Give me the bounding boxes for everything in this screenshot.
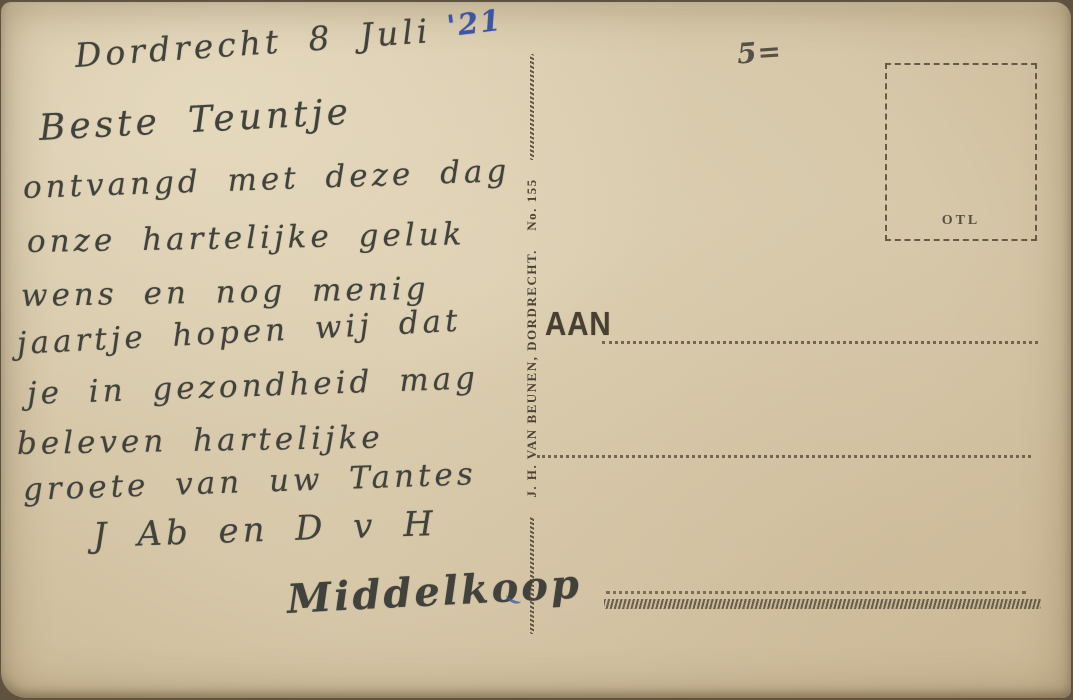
address-dotted-line-1 — [602, 341, 1038, 344]
message-line: onze hartelijke geluk — [27, 216, 466, 260]
address-dotted-line-3 — [606, 591, 1026, 594]
message-line: Beste Teuntje — [38, 92, 353, 149]
pencil-price-note: 5= — [736, 34, 783, 70]
divider-ornament-bottom — [530, 516, 534, 634]
message-line: J Ab en D v H — [92, 504, 437, 556]
message-line: ontvangd met deze dag — [22, 153, 511, 206]
card-number: No. 155 — [524, 178, 540, 230]
message-line: beleven hartelijke — [17, 420, 384, 462]
aan-address-label: AAN — [545, 305, 612, 344]
address-ornament-band — [604, 599, 1041, 609]
message-line: je in gezondheid mag — [26, 360, 479, 412]
publisher-imprint: J. H. VAN BEUNEN, DORDRECHT. — [524, 249, 540, 498]
publisher-divider: J. H. VAN BEUNEN, DORDRECHT. No. 155 — [521, 54, 543, 634]
postcard-scan: Dordrecht 8 Juli '21 Beste Teuntje ontva… — [0, 0, 1073, 700]
address-dotted-line-2 — [537, 455, 1031, 458]
postcard-back: Dordrecht 8 Juli '21 Beste Teuntje ontva… — [1, 2, 1071, 698]
message-date-line: Dordrecht 8 Juli — [74, 11, 433, 75]
stamp-box-label: OTL — [887, 213, 1035, 229]
stamp-box: OTL — [885, 63, 1037, 241]
year-note-blue-ink: '21 — [445, 3, 504, 43]
message-line: groete van uw Tantes — [22, 456, 477, 508]
divider-ornament-top — [530, 54, 534, 160]
